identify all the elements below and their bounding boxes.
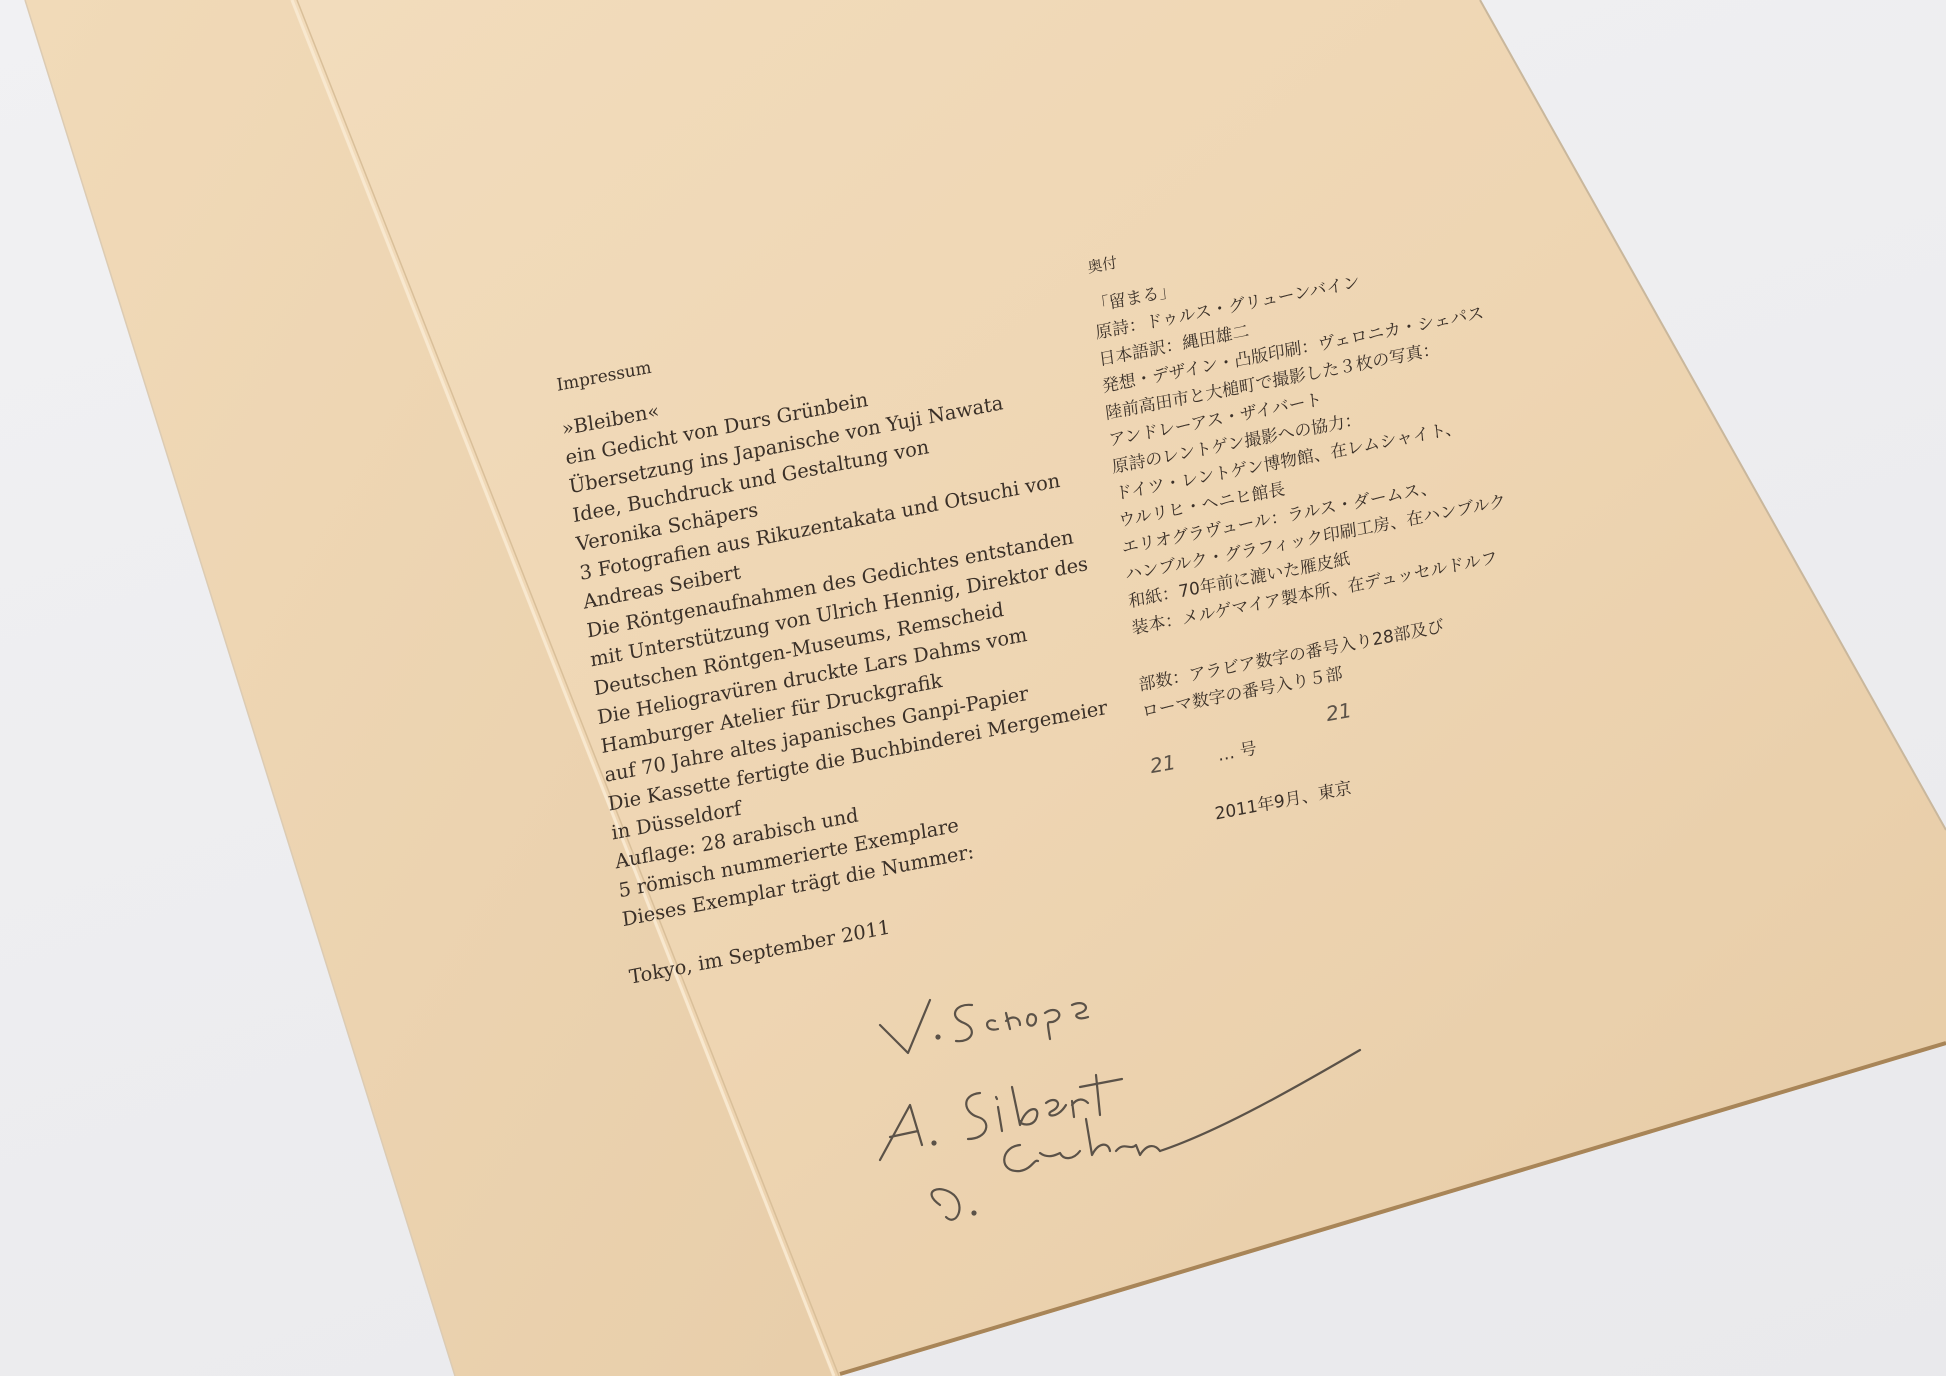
impressum-german: Impressum »Bleiben« ein Gedicht von Durs… bbox=[555, 275, 1130, 992]
colophon-japanese: 奥付 「留まる」 原詩：ドゥルス・グリューンバイン 日本語訳：縄田雄二 発想・デ… bbox=[1086, 181, 1539, 840]
